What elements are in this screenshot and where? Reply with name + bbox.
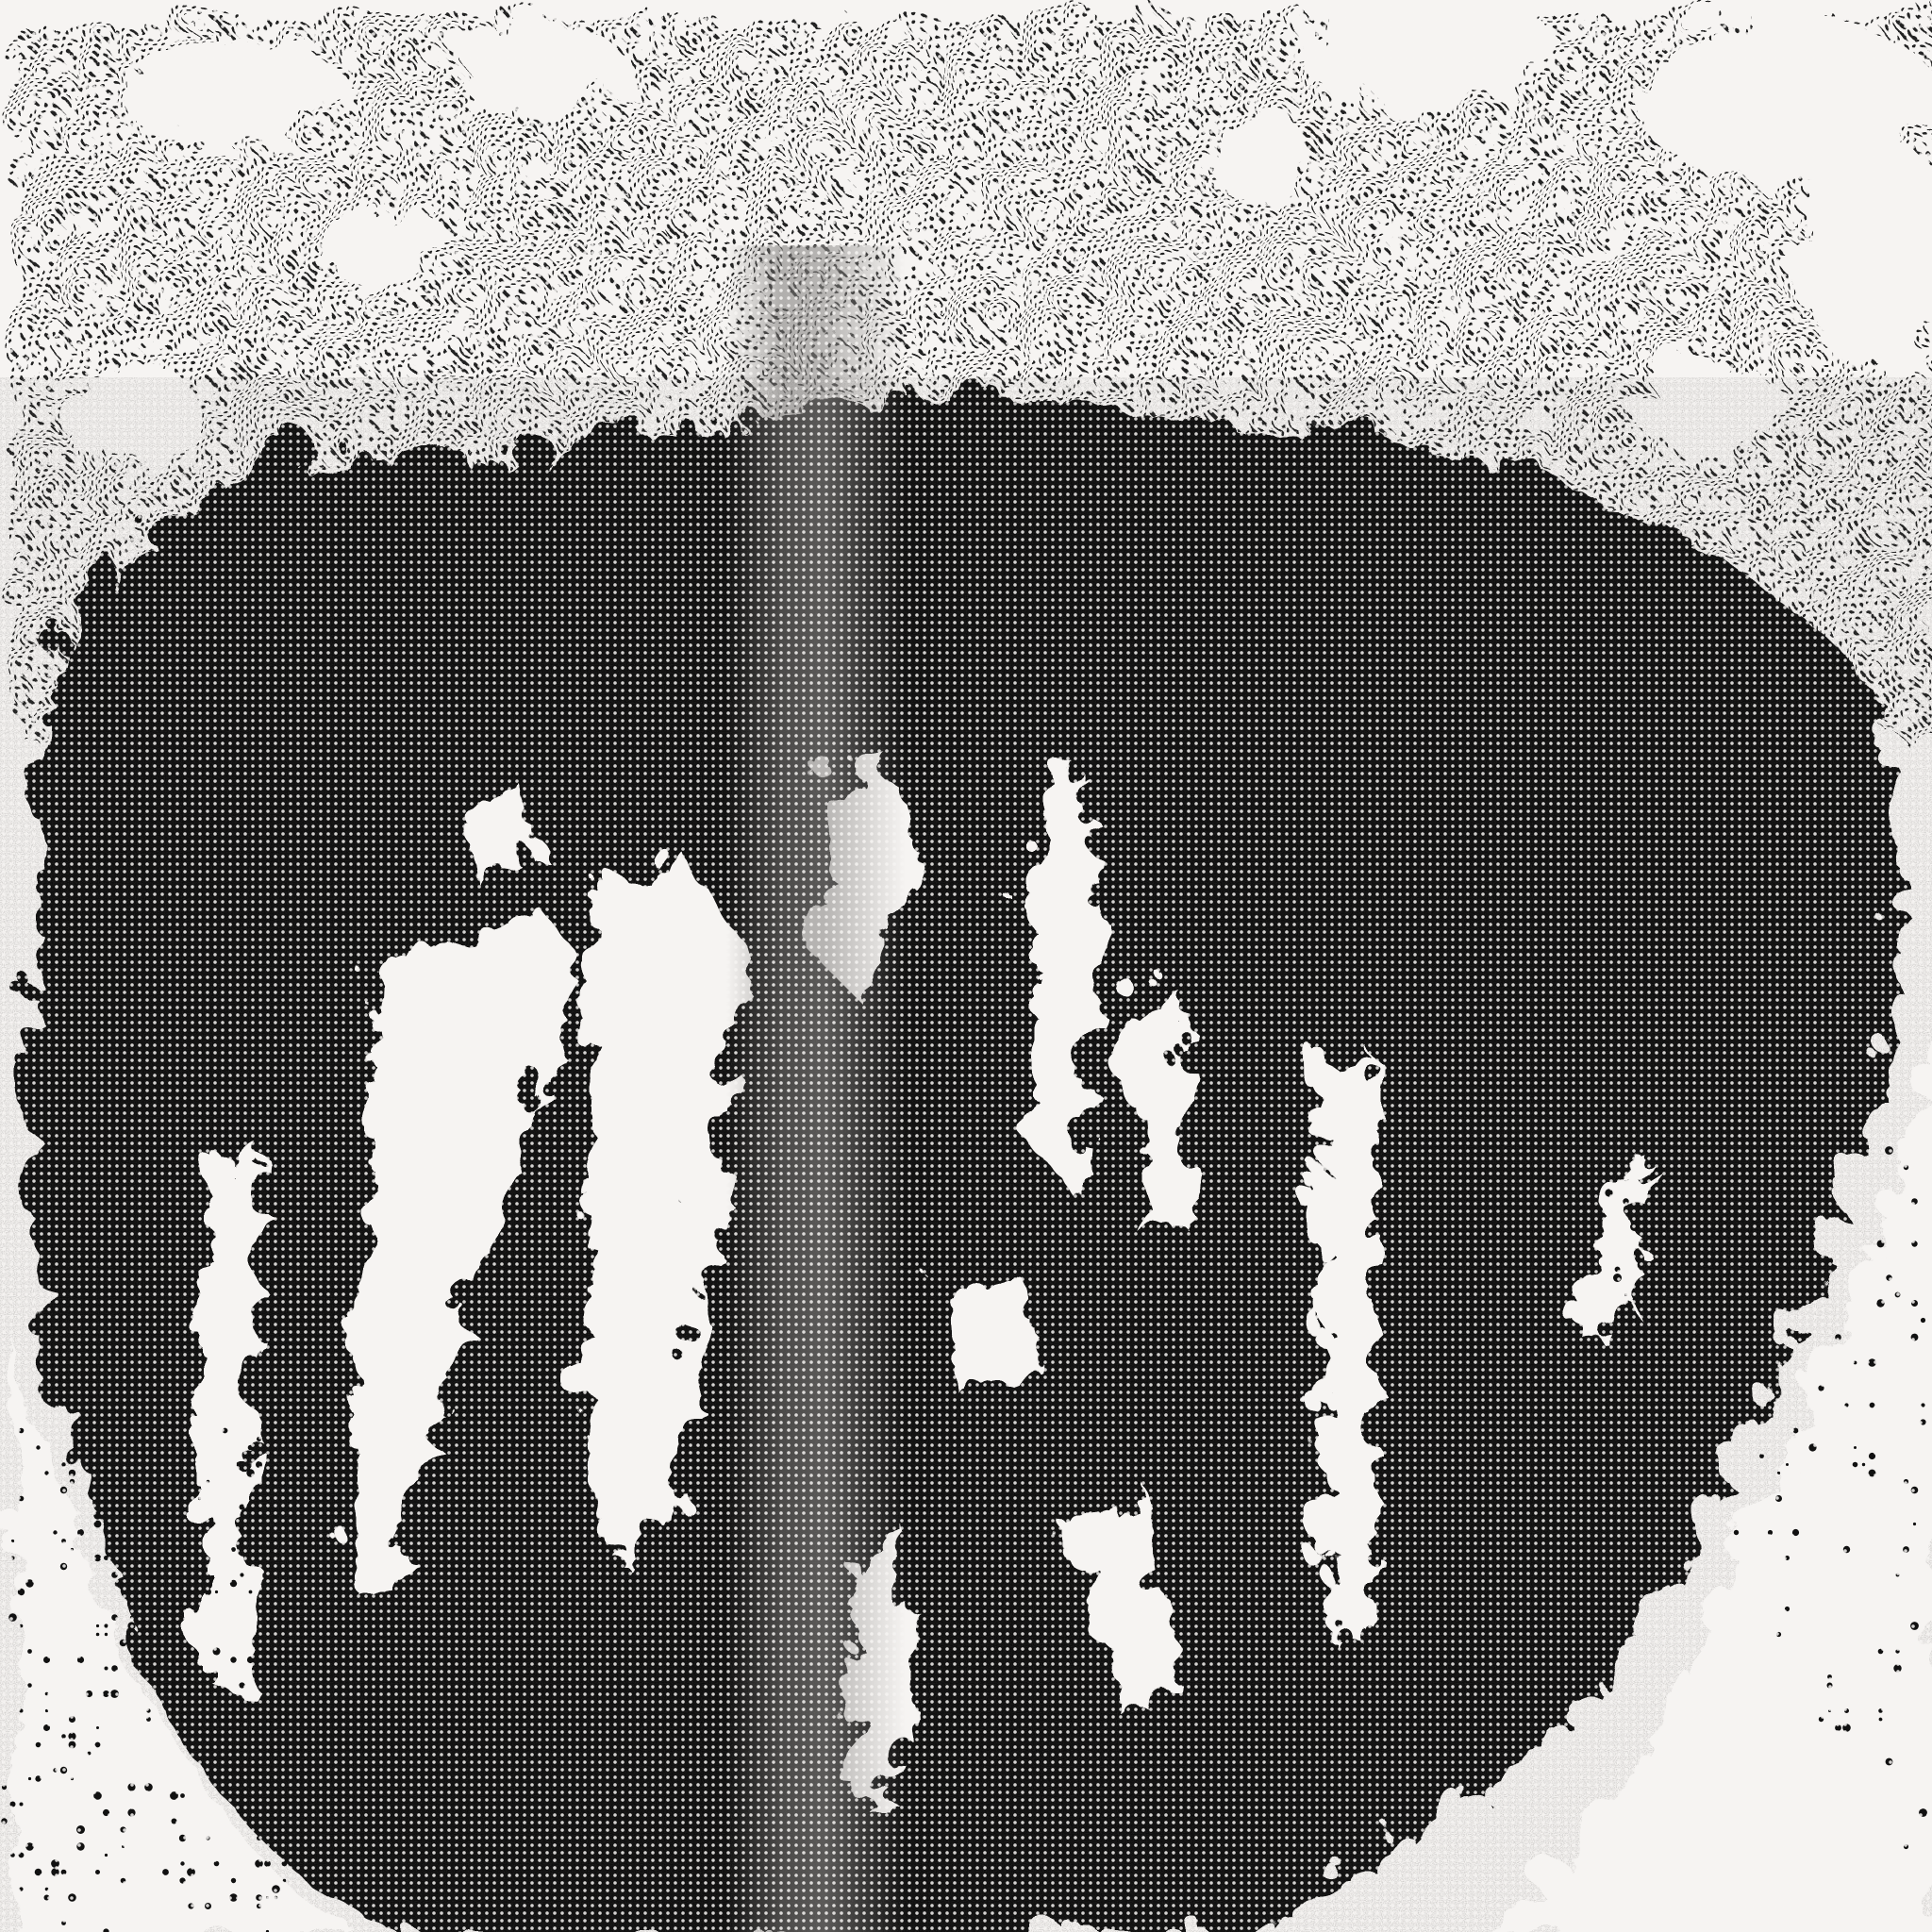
artwork-canvas bbox=[0, 0, 1932, 1932]
halftone-artwork bbox=[0, 0, 1932, 1932]
